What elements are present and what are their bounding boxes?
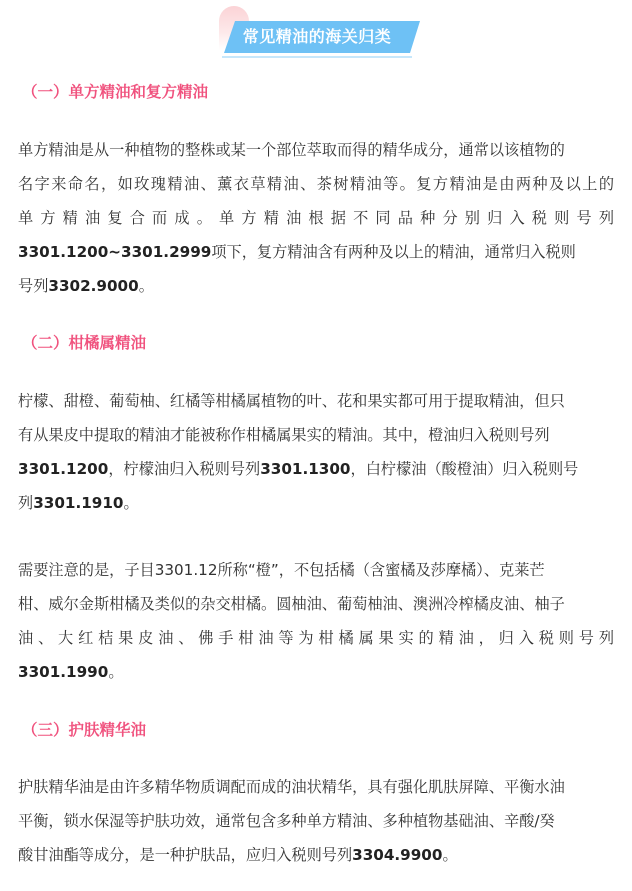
text-line: 名字来命名，如玫瑰精油、薰衣草精油、茶树精油等。复方精油是由两种及以上的 <box>18 167 614 201</box>
tariff-code: 3304.9900 <box>352 846 442 864</box>
section-heading-skincare-oils: （三）护肤精华油 <box>22 720 146 740</box>
text-line: 单方精油复合而成。单方精油根据不同品种分别归入税则号列 <box>18 201 614 235</box>
tariff-code: 3301.1200~3301.2999 <box>18 243 211 261</box>
page-title: 常见精油的海关归类 <box>224 21 410 53</box>
text-line: 有从果皮中提取的精油才能被称作柑橘属果实的精油。其中，橙油归入税则号列 <box>18 418 614 452</box>
paragraph-skincare-oils: 护肤精华油是由许多精华物质调配而成的油状精华，具有强化肌肤屏障、平衡水油 平衡，… <box>18 770 614 872</box>
text-line: 平衡，锁水保湿等护肤功效，通常包含多种单方精油、多种植物基础油、辛酸/癸 <box>18 804 614 838</box>
paragraph-citrus-oils-1: 柠檬、甜橙、葡萄柚、红橘等柑橘属植物的叶、花和果实都可用于提取精油，但只 有从果… <box>18 384 614 520</box>
text-line: 3301.1990。 <box>18 655 614 689</box>
tariff-code: 3302.9000 <box>48 277 138 295</box>
text-line: 3301.1200~3301.2999项下，复方精油含有两种及以上的精油，通常归… <box>18 235 614 269</box>
section-heading-citrus-oils: （二）柑橘属精油 <box>22 333 146 353</box>
text-line: 护肤精华油是由许多精华物质调配而成的油状精华，具有强化肌肤屏障、平衡水油 <box>18 770 614 804</box>
paragraph-citrus-oils-2: 需要注意的是，子目3301.12所称“橙”，不包括橘（含蜜橘及莎摩橘）、克莱芒 … <box>18 553 614 689</box>
tariff-code: 3301.1910 <box>33 494 123 512</box>
paragraph-single-compound-oils: 单方精油是从一种植物的整株或某一个部位萃取而得的精华成分，通常以该植物的 名字来… <box>18 133 614 303</box>
section-heading-single-compound-oils: （一）单方精油和复方精油 <box>22 82 208 102</box>
text-line: 需要注意的是，子目3301.12所称“橙”，不包括橘（含蜜橘及莎摩橘）、克莱芒 <box>18 553 614 587</box>
text-line: 油、大红桔果皮油、佛手柑油等为柑橘属果实的精油，归入税则号列 <box>18 621 614 655</box>
tariff-code: 3301.1200 <box>18 460 108 478</box>
text-line: 3301.1200，柠檬油归入税则号列3301.1300，白柠檬油（酸橙油）归入… <box>18 452 614 486</box>
text-line: 酸甘油酯等成分，是一种护肤品，应归入税则号列3304.9900。 <box>18 838 614 872</box>
text-line: 柑、威尔金斯柑橘及类似的杂交柑橘。圆柚油、葡萄柚油、澳洲冷榨橘皮油、柚子 <box>18 587 614 621</box>
tariff-code: 3301.1300 <box>260 460 350 478</box>
text-line: 号列3302.9000。 <box>18 269 614 303</box>
text-line: 列3301.1910。 <box>18 486 614 520</box>
banner-underline <box>222 56 412 58</box>
title-banner: 常见精油的海关归类 <box>0 0 632 66</box>
tariff-code: 3301.1990 <box>18 663 108 681</box>
text-line: 柠檬、甜橙、葡萄柚、红橘等柑橘属植物的叶、花和果实都可用于提取精油，但只 <box>18 384 614 418</box>
text-line: 单方精油是从一种植物的整株或某一个部位萃取而得的精华成分，通常以该植物的 <box>18 133 614 167</box>
